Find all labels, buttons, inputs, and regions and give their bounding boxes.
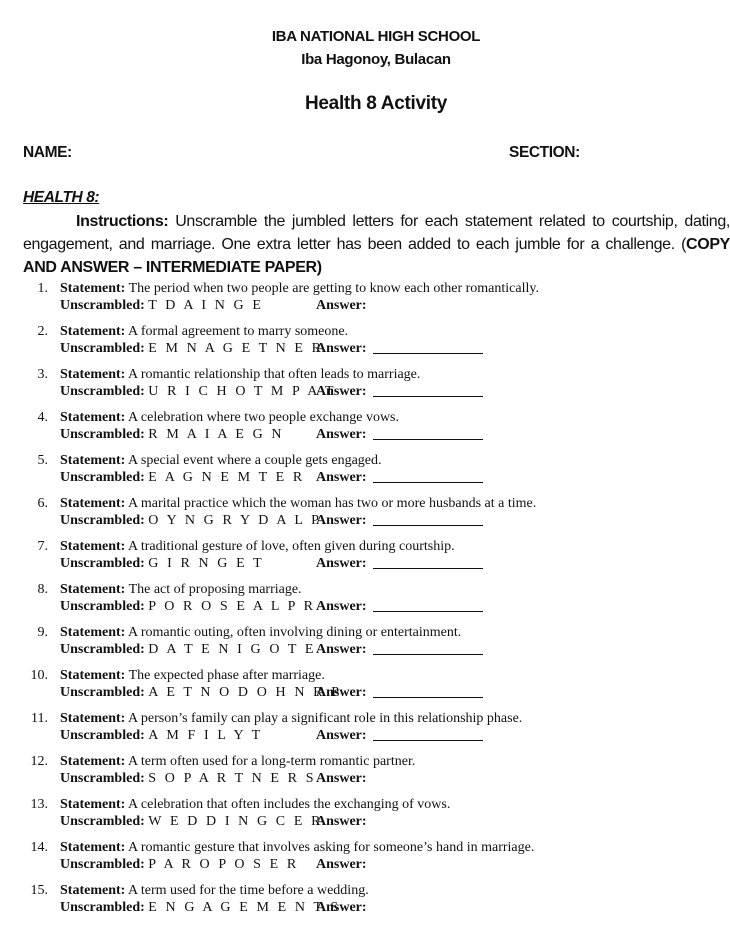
statement-text: A celebration where two people exchange … bbox=[128, 410, 399, 425]
jumbled-letters: A M F I L Y T bbox=[148, 728, 262, 743]
answer-label: Answer: bbox=[316, 512, 367, 529]
question-item: 12. Statement: A term often used for a l… bbox=[0, 753, 730, 796]
statement-line: Statement: A special event where a coupl… bbox=[60, 452, 382, 469]
question-item: 3. Statement: A romantic relationship th… bbox=[0, 366, 730, 409]
statement-text: A romantic outing, often involving dinin… bbox=[128, 625, 461, 640]
question-number: 6. bbox=[22, 495, 48, 512]
unscrambled-line: Unscrambled: T D A I N G E bbox=[60, 297, 264, 314]
unscrambled-label: Unscrambled: bbox=[60, 470, 145, 485]
statement-label: Statement: bbox=[60, 410, 125, 425]
unscrambled-label: Unscrambled: bbox=[60, 857, 145, 872]
statement-text: A term used for the time before a weddin… bbox=[128, 883, 369, 898]
statement-label: Statement: bbox=[60, 840, 125, 855]
unscrambled-line: Unscrambled: E A G N E M T E R bbox=[60, 469, 305, 486]
statement-label: Statement: bbox=[60, 367, 125, 382]
unscrambled-label: Unscrambled: bbox=[60, 642, 145, 657]
question-item: 7. Statement: A traditional gesture of l… bbox=[0, 538, 730, 581]
statement-label: Statement: bbox=[60, 539, 125, 554]
question-item: 1. Statement: The period when two people… bbox=[0, 280, 730, 323]
statement-line: Statement: A person’s family can play a … bbox=[60, 710, 522, 727]
jumbled-letters: E N G A G E M E N T S bbox=[148, 900, 341, 915]
unscrambled-label: Unscrambled: bbox=[60, 599, 145, 614]
statement-line: Statement: A romantic gesture that invol… bbox=[60, 839, 534, 856]
unscrambled-line: Unscrambled: D A T E N I G O T E bbox=[60, 641, 316, 658]
statement-line: Statement: A marital practice which the … bbox=[60, 495, 536, 512]
statement-label: Statement: bbox=[60, 711, 125, 726]
statement-line: Statement: A formal agreement to marry s… bbox=[60, 323, 348, 340]
school-header: IBA NATIONAL HIGH SCHOOL Iba Hagonoy, Bu… bbox=[0, 25, 730, 71]
question-item: 8. Statement: The act of proposing marri… bbox=[0, 581, 730, 624]
answer-label: Answer: bbox=[316, 641, 367, 658]
statement-text: A traditional gesture of love, often giv… bbox=[128, 539, 455, 554]
answer-label: Answer: bbox=[316, 383, 367, 400]
statement-text: A celebration that often includes the ex… bbox=[128, 797, 450, 812]
question-number: 15. bbox=[22, 882, 48, 899]
answer-blank[interactable] bbox=[373, 568, 483, 569]
answer-label: Answer: bbox=[316, 555, 367, 572]
unscrambled-line: Unscrambled: A M F I L Y T bbox=[60, 727, 263, 744]
jumbled-letters: W E D D I N G C E R bbox=[148, 814, 323, 829]
unscrambled-label: Unscrambled: bbox=[60, 814, 145, 829]
unscrambled-label: Unscrambled: bbox=[60, 298, 145, 313]
answer-label: Answer: bbox=[316, 469, 367, 486]
answer-blank[interactable] bbox=[373, 654, 483, 655]
unscrambled-line: Unscrambled: G I R N G E T bbox=[60, 555, 264, 572]
statement-line: Statement: A celebration where two peopl… bbox=[60, 409, 399, 426]
answer-blank[interactable] bbox=[373, 697, 483, 698]
unscrambled-line: Unscrambled: A E T N O D O H N R P bbox=[60, 684, 342, 701]
answer-blank[interactable] bbox=[373, 353, 483, 354]
answer-label: Answer: bbox=[316, 340, 367, 357]
statement-line: Statement: The expected phase after marr… bbox=[60, 667, 325, 684]
answer-label: Answer: bbox=[316, 297, 367, 314]
question-list: 1. Statement: The period when two people… bbox=[0, 280, 730, 925]
jumbled-letters: O Y N G R Y D A L P bbox=[148, 513, 321, 528]
instructions: Instructions: Unscramble the jumbled let… bbox=[23, 210, 730, 279]
answer-label: Answer: bbox=[316, 598, 367, 615]
question-number: 5. bbox=[22, 452, 48, 469]
statement-label: Statement: bbox=[60, 883, 125, 898]
answer-blank[interactable] bbox=[373, 439, 483, 440]
statement-text: A special event where a couple gets enga… bbox=[128, 453, 381, 468]
question-number: 1. bbox=[22, 280, 48, 297]
answer-label: Answer: bbox=[316, 856, 367, 873]
statement-line: Statement: A term used for the time befo… bbox=[60, 882, 369, 899]
instructions-label: Instructions: bbox=[76, 213, 168, 230]
question-number: 9. bbox=[22, 624, 48, 641]
question-item: 15. Statement: A term used for the time … bbox=[0, 882, 730, 925]
unscrambled-line: Unscrambled: E N G A G E M E N T S bbox=[60, 899, 341, 916]
question-item: 11. Statement: A person’s family can pla… bbox=[0, 710, 730, 753]
statement-text: A person’s family can play a significant… bbox=[128, 711, 522, 726]
unscrambled-line: Unscrambled: P O R O S E A L P R bbox=[60, 598, 316, 615]
statement-line: Statement: The period when two people ar… bbox=[60, 280, 539, 297]
question-number: 10. bbox=[22, 667, 48, 684]
statement-label: Statement: bbox=[60, 668, 125, 683]
unscrambled-label: Unscrambled: bbox=[60, 341, 145, 356]
answer-label: Answer: bbox=[316, 727, 367, 744]
jumbled-letters: E A G N E M T E R bbox=[148, 470, 304, 485]
answer-blank[interactable] bbox=[373, 396, 483, 397]
unscrambled-label: Unscrambled: bbox=[60, 427, 145, 442]
statement-line: Statement: A romantic outing, often invo… bbox=[60, 624, 461, 641]
statement-text: The period when two people are getting t… bbox=[129, 281, 539, 296]
unscrambled-label: Unscrambled: bbox=[60, 513, 145, 528]
question-number: 11. bbox=[22, 710, 48, 727]
unscrambled-label: Unscrambled: bbox=[60, 900, 145, 915]
question-number: 14. bbox=[22, 839, 48, 856]
question-item: 6. Statement: A marital practice which t… bbox=[0, 495, 730, 538]
statement-label: Statement: bbox=[60, 582, 125, 597]
question-item: 14. Statement: A romantic gesture that i… bbox=[0, 839, 730, 882]
question-number: 4. bbox=[22, 409, 48, 426]
statement-label: Statement: bbox=[60, 797, 125, 812]
unscrambled-label: Unscrambled: bbox=[60, 771, 145, 786]
answer-label: Answer: bbox=[316, 813, 367, 830]
statement-label: Statement: bbox=[60, 281, 125, 296]
unscrambled-line: Unscrambled: S O P A R T N E R S bbox=[60, 770, 316, 787]
statement-label: Statement: bbox=[60, 754, 125, 769]
question-item: 10. Statement: The expected phase after … bbox=[0, 667, 730, 710]
jumbled-letters: G I R N G E T bbox=[148, 556, 264, 571]
question-item: 2. Statement: A formal agreement to marr… bbox=[0, 323, 730, 366]
statement-label: Statement: bbox=[60, 324, 125, 339]
jumbled-letters: P O R O S E A L P R bbox=[148, 599, 315, 614]
unscrambled-line: Unscrambled: E M N A G E T N E R bbox=[60, 340, 324, 357]
school-address: Iba Hagonoy, Bulacan bbox=[0, 48, 730, 71]
statement-line: Statement: A term often used for a long-… bbox=[60, 753, 415, 770]
answer-blank[interactable] bbox=[373, 482, 483, 483]
unscrambled-label: Unscrambled: bbox=[60, 685, 145, 700]
statement-line: Statement: The act of proposing marriage… bbox=[60, 581, 302, 598]
jumbled-letters: E M N A G E T N E R bbox=[148, 341, 323, 356]
question-number: 7. bbox=[22, 538, 48, 555]
answer-blank[interactable] bbox=[373, 740, 483, 741]
jumbled-letters: A E T N O D O H N R P bbox=[148, 685, 341, 700]
unscrambled-line: Unscrambled: R M A I A E G N bbox=[60, 426, 284, 443]
jumbled-letters: T D A I N G E bbox=[148, 298, 263, 313]
statement-text: A romantic relationship that often leads… bbox=[128, 367, 420, 382]
question-number: 8. bbox=[22, 581, 48, 598]
question-number: 3. bbox=[22, 366, 48, 383]
question-item: 9. Statement: A romantic outing, often i… bbox=[0, 624, 730, 667]
statement-label: Statement: bbox=[60, 496, 125, 511]
answer-blank[interactable] bbox=[373, 525, 483, 526]
unscrambled-label: Unscrambled: bbox=[60, 556, 145, 571]
jumbled-letters: P A R O P O S E R bbox=[148, 857, 299, 872]
unscrambled-label: Unscrambled: bbox=[60, 728, 145, 743]
question-item: 13. Statement: A celebration that often … bbox=[0, 796, 730, 839]
answer-label: Answer: bbox=[316, 426, 367, 443]
unscrambled-line: Unscrambled: W E D D I N G C E R bbox=[60, 813, 323, 830]
answer-label: Answer: bbox=[316, 684, 367, 701]
unscrambled-line: Unscrambled: O Y N G R Y D A L P bbox=[60, 512, 322, 529]
question-number: 13. bbox=[22, 796, 48, 813]
answer-label: Answer: bbox=[316, 899, 367, 916]
statement-line: Statement: A traditional gesture of love… bbox=[60, 538, 455, 555]
statement-text: The act of proposing marriage. bbox=[129, 582, 302, 597]
school-name: IBA NATIONAL HIGH SCHOOL bbox=[0, 25, 730, 48]
jumbled-letters: U R I C H O T M P A T bbox=[148, 384, 336, 399]
unscrambled-line: Unscrambled: P A R O P O S E R bbox=[60, 856, 299, 873]
jumbled-letters: D A T E N I G O T E bbox=[148, 642, 316, 657]
statement-text: A marital practice which the woman has t… bbox=[128, 496, 536, 511]
question-number: 2. bbox=[22, 323, 48, 340]
answer-blank[interactable] bbox=[373, 611, 483, 612]
statement-text: A term often used for a long-term romant… bbox=[128, 754, 415, 769]
question-item: 5. Statement: A special event where a co… bbox=[0, 452, 730, 495]
jumbled-letters: S O P A R T N E R S bbox=[148, 771, 316, 786]
statement-line: Statement: A celebration that often incl… bbox=[60, 796, 450, 813]
jumbled-letters: R M A I A E G N bbox=[148, 427, 284, 442]
statement-text: A formal agreement to marry someone. bbox=[128, 324, 348, 339]
statement-label: Statement: bbox=[60, 625, 125, 640]
question-number: 12. bbox=[22, 753, 48, 770]
statement-text: The expected phase after marriage. bbox=[129, 668, 325, 683]
unscrambled-line: Unscrambled: U R I C H O T M P A T bbox=[60, 383, 336, 400]
unscrambled-label: Unscrambled: bbox=[60, 384, 145, 399]
statement-line: Statement: A romantic relationship that … bbox=[60, 366, 420, 383]
statement-label: Statement: bbox=[60, 453, 125, 468]
activity-title: Health 8 Activity bbox=[0, 93, 730, 115]
answer-label: Answer: bbox=[316, 770, 367, 787]
statement-text: A romantic gesture that involves asking … bbox=[128, 840, 534, 855]
name-label: NAME: bbox=[23, 144, 72, 162]
section-label: SECTION: bbox=[509, 144, 580, 162]
subject-heading: HEALTH 8: bbox=[23, 189, 99, 207]
question-item: 4. Statement: A celebration where two pe… bbox=[0, 409, 730, 452]
